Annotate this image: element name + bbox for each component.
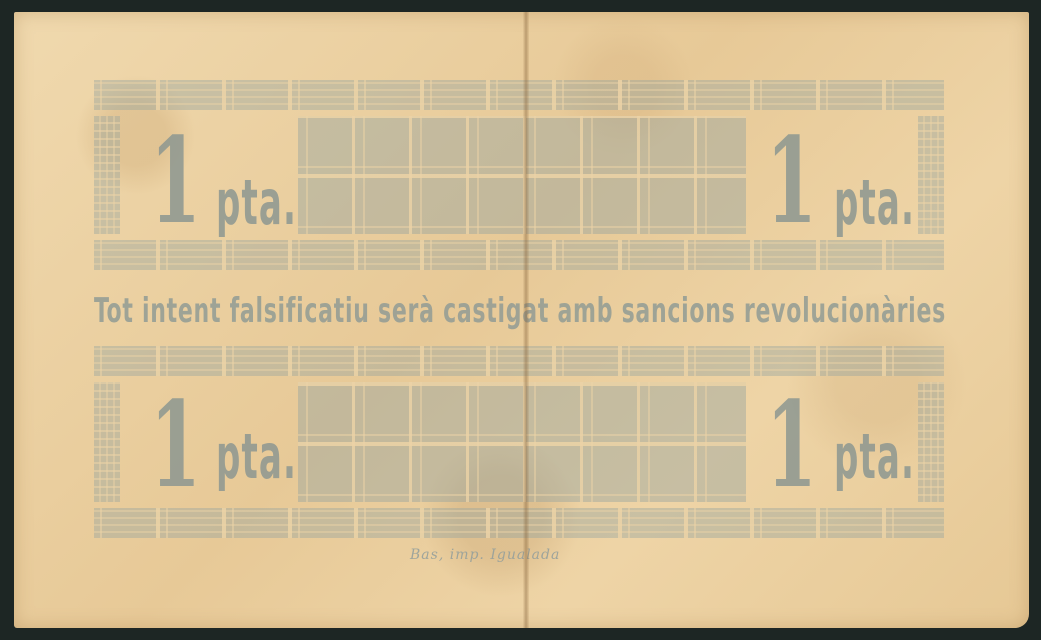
printer-imprint: Bas, imp. Igualada [410,547,560,563]
pattern-band-lower-middle [94,346,944,376]
pattern-block-lower [298,382,746,502]
denomination-unit-top-right: pta. [834,172,915,234]
pattern-band-top [94,80,944,110]
pattern-column-left-upper [94,116,120,234]
pattern-column-right-upper [918,116,944,234]
denomination-number-top-left: 1 [150,122,201,240]
banknote-reverse: 1 pta. 1 pta. 1 pta. 1 pta. Tot intent f… [14,12,1029,628]
denomination-unit-top-left: pta. [216,172,297,234]
pattern-column-left-lower [94,382,120,502]
denomination-number-bottom-left: 1 [150,386,201,504]
center-fold-crease [523,12,529,628]
denomination-number-top-right: 1 [766,122,817,240]
denomination-unit-bottom-right: pta. [834,426,915,488]
denomination-number-bottom-right: 1 [766,386,817,504]
pattern-column-right-lower [918,382,944,502]
counterfeit-warning-text: Tot intent falsificatiu serà castigat am… [94,294,713,328]
pattern-block-upper [298,116,746,234]
denomination-unit-bottom-left: pta. [216,426,297,488]
